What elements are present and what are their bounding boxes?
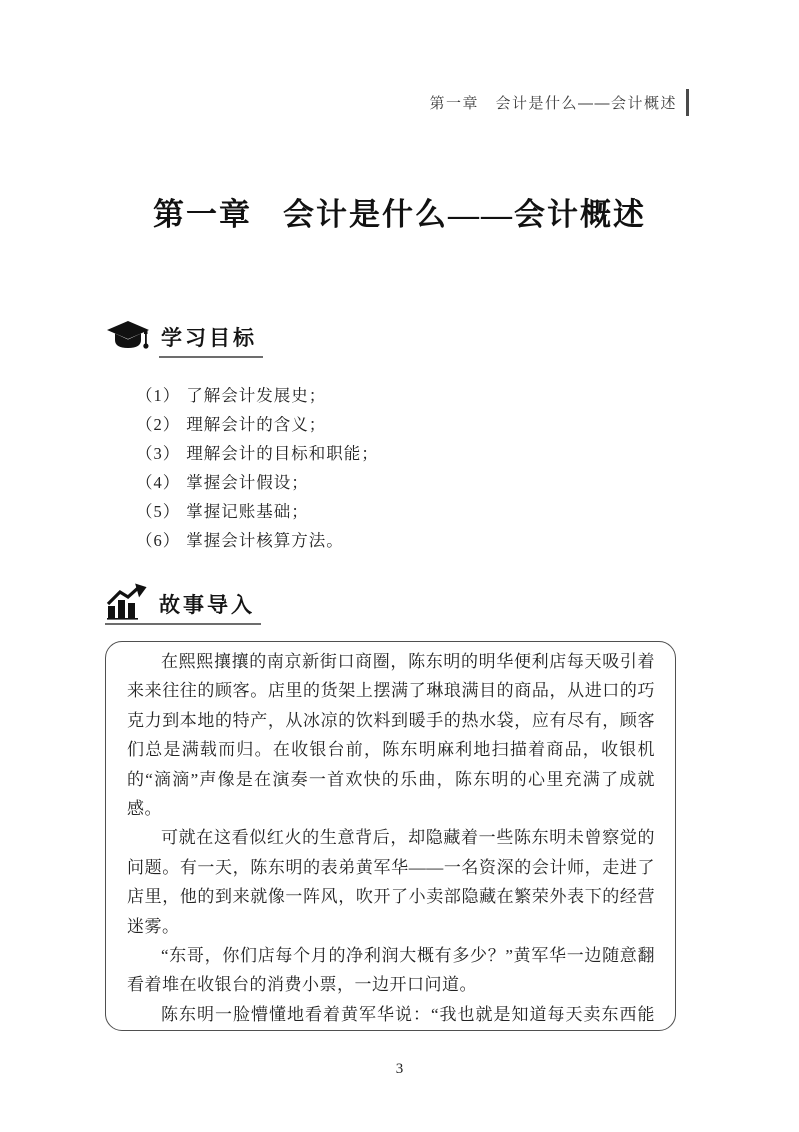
objective-item: （5）掌握记账基础； [136, 497, 379, 526]
section-label-story: 故事导入 [157, 589, 261, 621]
section-heading-story: 故事导入 [105, 583, 261, 625]
trend-chart-icon [105, 583, 149, 621]
document-page: 第一章 会计是什么——会计概述 第一章会计是什么——会计概述 学习目标 （1）了… [0, 0, 799, 1132]
story-paragraph: 可就在这看似红火的生意背后，却隐藏着一些陈东明未曾察觉的问题。有一天，陈东明的表… [127, 823, 655, 941]
objective-item: （6）掌握会计核算方法。 [136, 526, 379, 555]
objective-item: （4）掌握会计假设； [136, 468, 379, 497]
running-header: 第一章 会计是什么——会计概述 [429, 89, 689, 116]
story-paragraph: “东哥，你们店每个月的净利润大概有多少？”黄军华一边随意翻看着堆在收银台的消费小… [127, 941, 655, 1000]
running-header-text: 第一章 会计是什么——会计概述 [429, 92, 677, 113]
chapter-title: 第一章会计是什么——会计概述 [0, 189, 799, 234]
section-heading-objectives: 学习目标 [105, 318, 263, 358]
graduation-cap-icon [105, 318, 151, 358]
story-paragraph: 陈东明一脸懵懂地看着黄军华说：“我也就是知道每天卖东西能收多少钱，像昨天，光是卖… [127, 1000, 655, 1031]
story-paragraph: 在熙熙攘攘的南京新街口商圈，陈东明的明华便利店每天吸引着来来往往的顾客。店里的货… [127, 647, 655, 823]
section-label-objectives: 学习目标 [159, 322, 263, 358]
objectives-list: （1）了解会计发展史； （2）理解会计的含义； （3）理解会计的目标和职能； （… [136, 381, 379, 555]
page-number: 3 [0, 1061, 799, 1078]
objective-item: （2）理解会计的含义； [136, 410, 379, 439]
objective-item: （1）了解会计发展史； [136, 381, 379, 410]
chapter-title-text: 会计是什么——会计概述 [283, 197, 646, 232]
header-divider-bar [686, 89, 689, 116]
objective-item: （3）理解会计的目标和职能； [136, 439, 379, 468]
chapter-number: 第一章 [153, 197, 252, 232]
story-box: 在熙熙攘攘的南京新街口商圈，陈东明的明华便利店每天吸引着来来往往的顾客。店里的货… [105, 641, 676, 1031]
